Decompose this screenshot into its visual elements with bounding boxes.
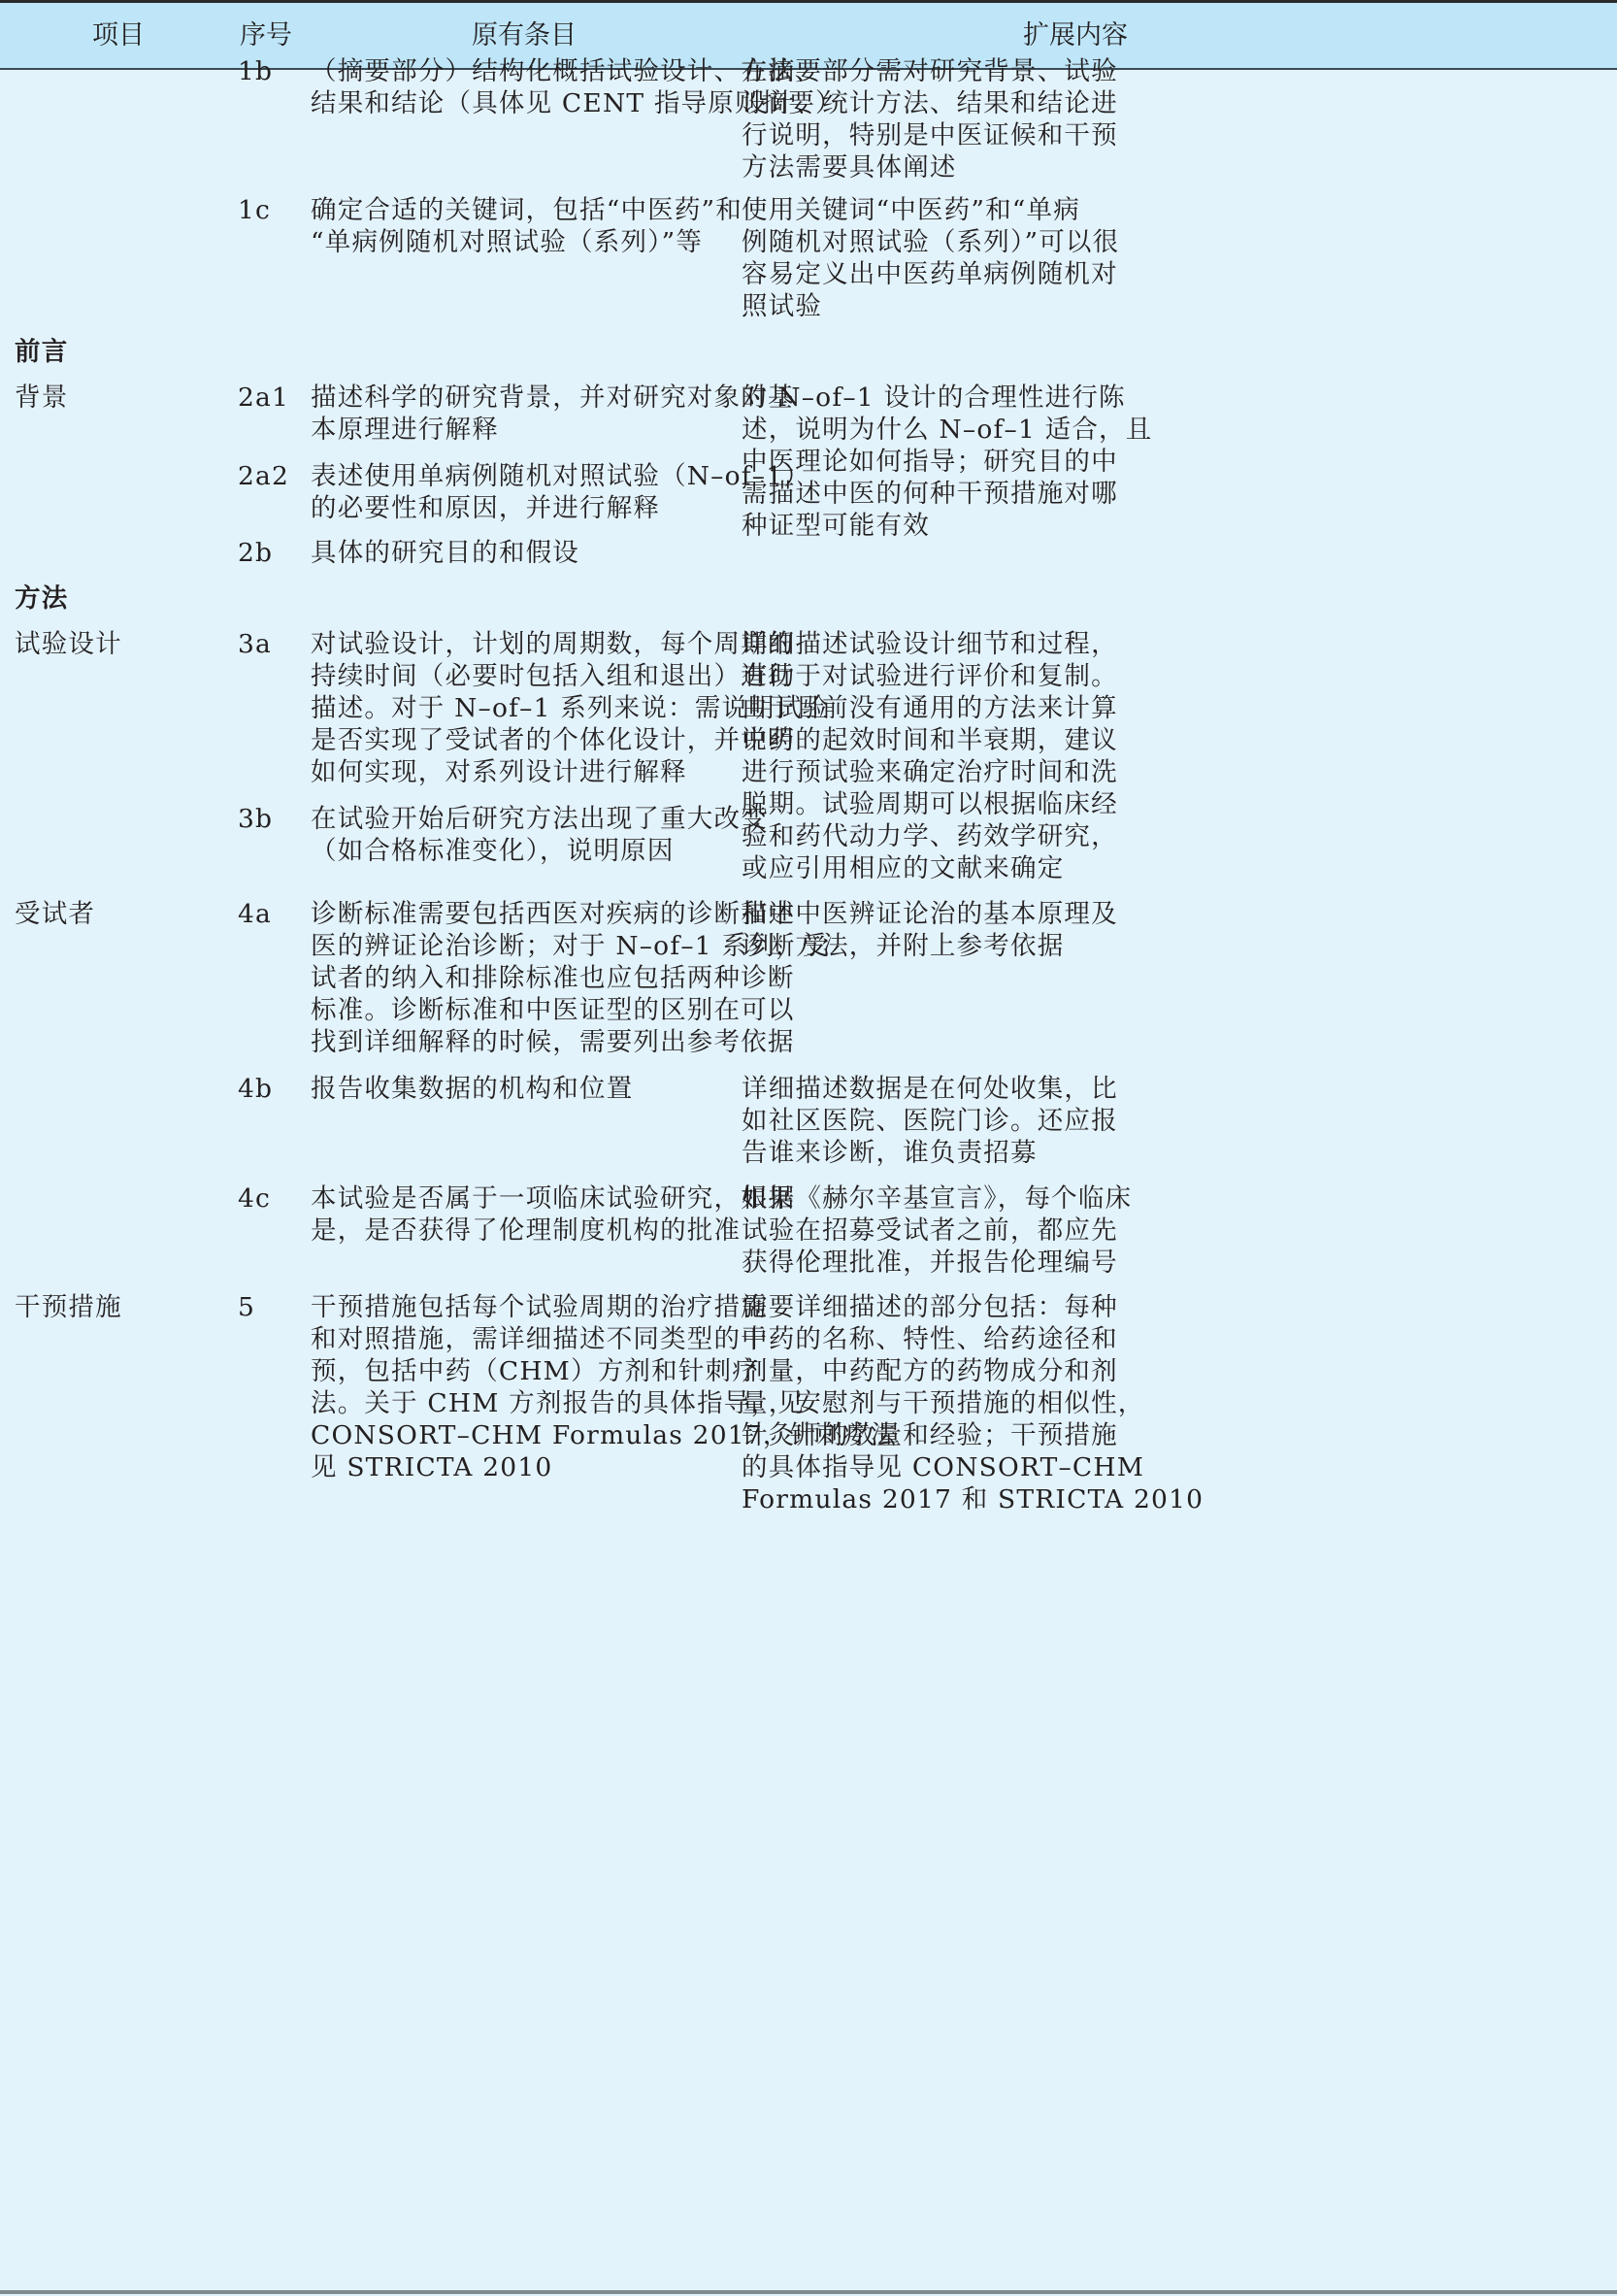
original-item-text: 诊断标准需要包括西医对疾病的诊断和中 医的辨证论治诊断；对于 N–of–1 系列… <box>311 898 718 1058</box>
extension-text: 需要详细描述的部分包括：每种 中药的名称、特性、给药途径和 剂量，中药配方的药物… <box>742 1291 1062 1515</box>
item-number: 4b <box>238 1073 296 1105</box>
original-item-text: 本试验是否属于一项临床试验研究，如果 是，是否获得了伦理制度机构的批准 <box>311 1182 718 1247</box>
original-item-text: 描述科学的研究背景，并对研究对象的基 本原理进行解释 <box>311 382 718 446</box>
header-item: 项目 <box>92 20 145 51</box>
item-number: 3b <box>238 803 296 835</box>
item-label: 干预措施 <box>15 1291 209 1323</box>
item-label: 背景 <box>15 382 209 414</box>
original-item-text: 在试验开始后研究方法出现了重大改变 （如合格标准变化），说明原因 <box>311 803 718 867</box>
original-item-text: 报告收集数据的机构和位置 <box>311 1073 718 1105</box>
item-number: 1c <box>238 194 296 226</box>
item-number: 1b <box>238 55 296 87</box>
extension-text: 详细描述试验设计细节和过程， 有助于对试验进行评价和复制。 由于目前没有通用的方… <box>742 628 1062 884</box>
item-number: 5 <box>238 1291 296 1323</box>
header-number: 序号 <box>240 20 292 51</box>
original-item-text: 干预措施包括每个试验周期的治疗措施 和对照措施，需详细描述不同类型的干 预，包括… <box>311 1291 718 1483</box>
item-number: 2b <box>238 537 296 569</box>
header-extension: 扩展内容 <box>1023 20 1128 51</box>
extension-text: 使用关键词“中医药”和“单病 例随机对照试验（系列）”可以很 容易定义出中医药单… <box>742 194 1062 322</box>
item-number: 4c <box>238 1182 296 1215</box>
checklist-table: 项目 序号 原有条目 扩展内容 1b （摘要部分）结构化概括试验设计、方法、 结… <box>0 0 1617 2296</box>
original-item-text: 对试验设计，计划的周期数，每个周期的 持续时间（必要时包括入组和退出）进行 描述… <box>311 628 718 788</box>
extension-text: 描述中医辨证论治的基本原理及 诊断方法，并附上参考依据 <box>742 898 1062 962</box>
item-number: 4a <box>238 898 296 930</box>
original-item-text: 表述使用单病例随机对照试验（N–of–1） 的必要性和原因，并进行解释 <box>311 460 718 524</box>
header-original-item: 原有条目 <box>472 20 577 51</box>
item-number: 2a2 <box>238 460 296 492</box>
extension-text: 根据《赫尔辛基宣言》，每个临床 试验在招募受试者之前，都应先 获得伦理批准，并报… <box>742 1182 1062 1279</box>
extension-text: 详细描述数据是在何处收集，比 如社区医院、医院门诊。还应报 告谁来诊断，谁负责招… <box>742 1073 1062 1169</box>
section-heading-methods: 方法 <box>15 582 209 615</box>
table-bottom-rule <box>0 2290 1617 2294</box>
item-number: 2a1 <box>238 382 296 414</box>
extension-text: 在摘要部分需对研究背景、试验 设计、统计方法、结果和结论进 行说明，特别是中医证… <box>742 55 1062 183</box>
section-heading-introduction: 前言 <box>15 336 209 368</box>
original-item-text: 确定合适的关键词，包括“中医药”和 “单病例随机对照试验（系列）”等 <box>311 194 718 258</box>
original-item-text: （摘要部分）结构化概括试验设计、方法、 结果和结论（具体见 CENT 指导原则摘… <box>311 55 718 119</box>
item-label: 受试者 <box>15 898 209 930</box>
item-number: 3a <box>238 628 296 660</box>
item-label: 试验设计 <box>15 628 209 660</box>
original-item-text: 具体的研究目的和假设 <box>311 537 718 569</box>
